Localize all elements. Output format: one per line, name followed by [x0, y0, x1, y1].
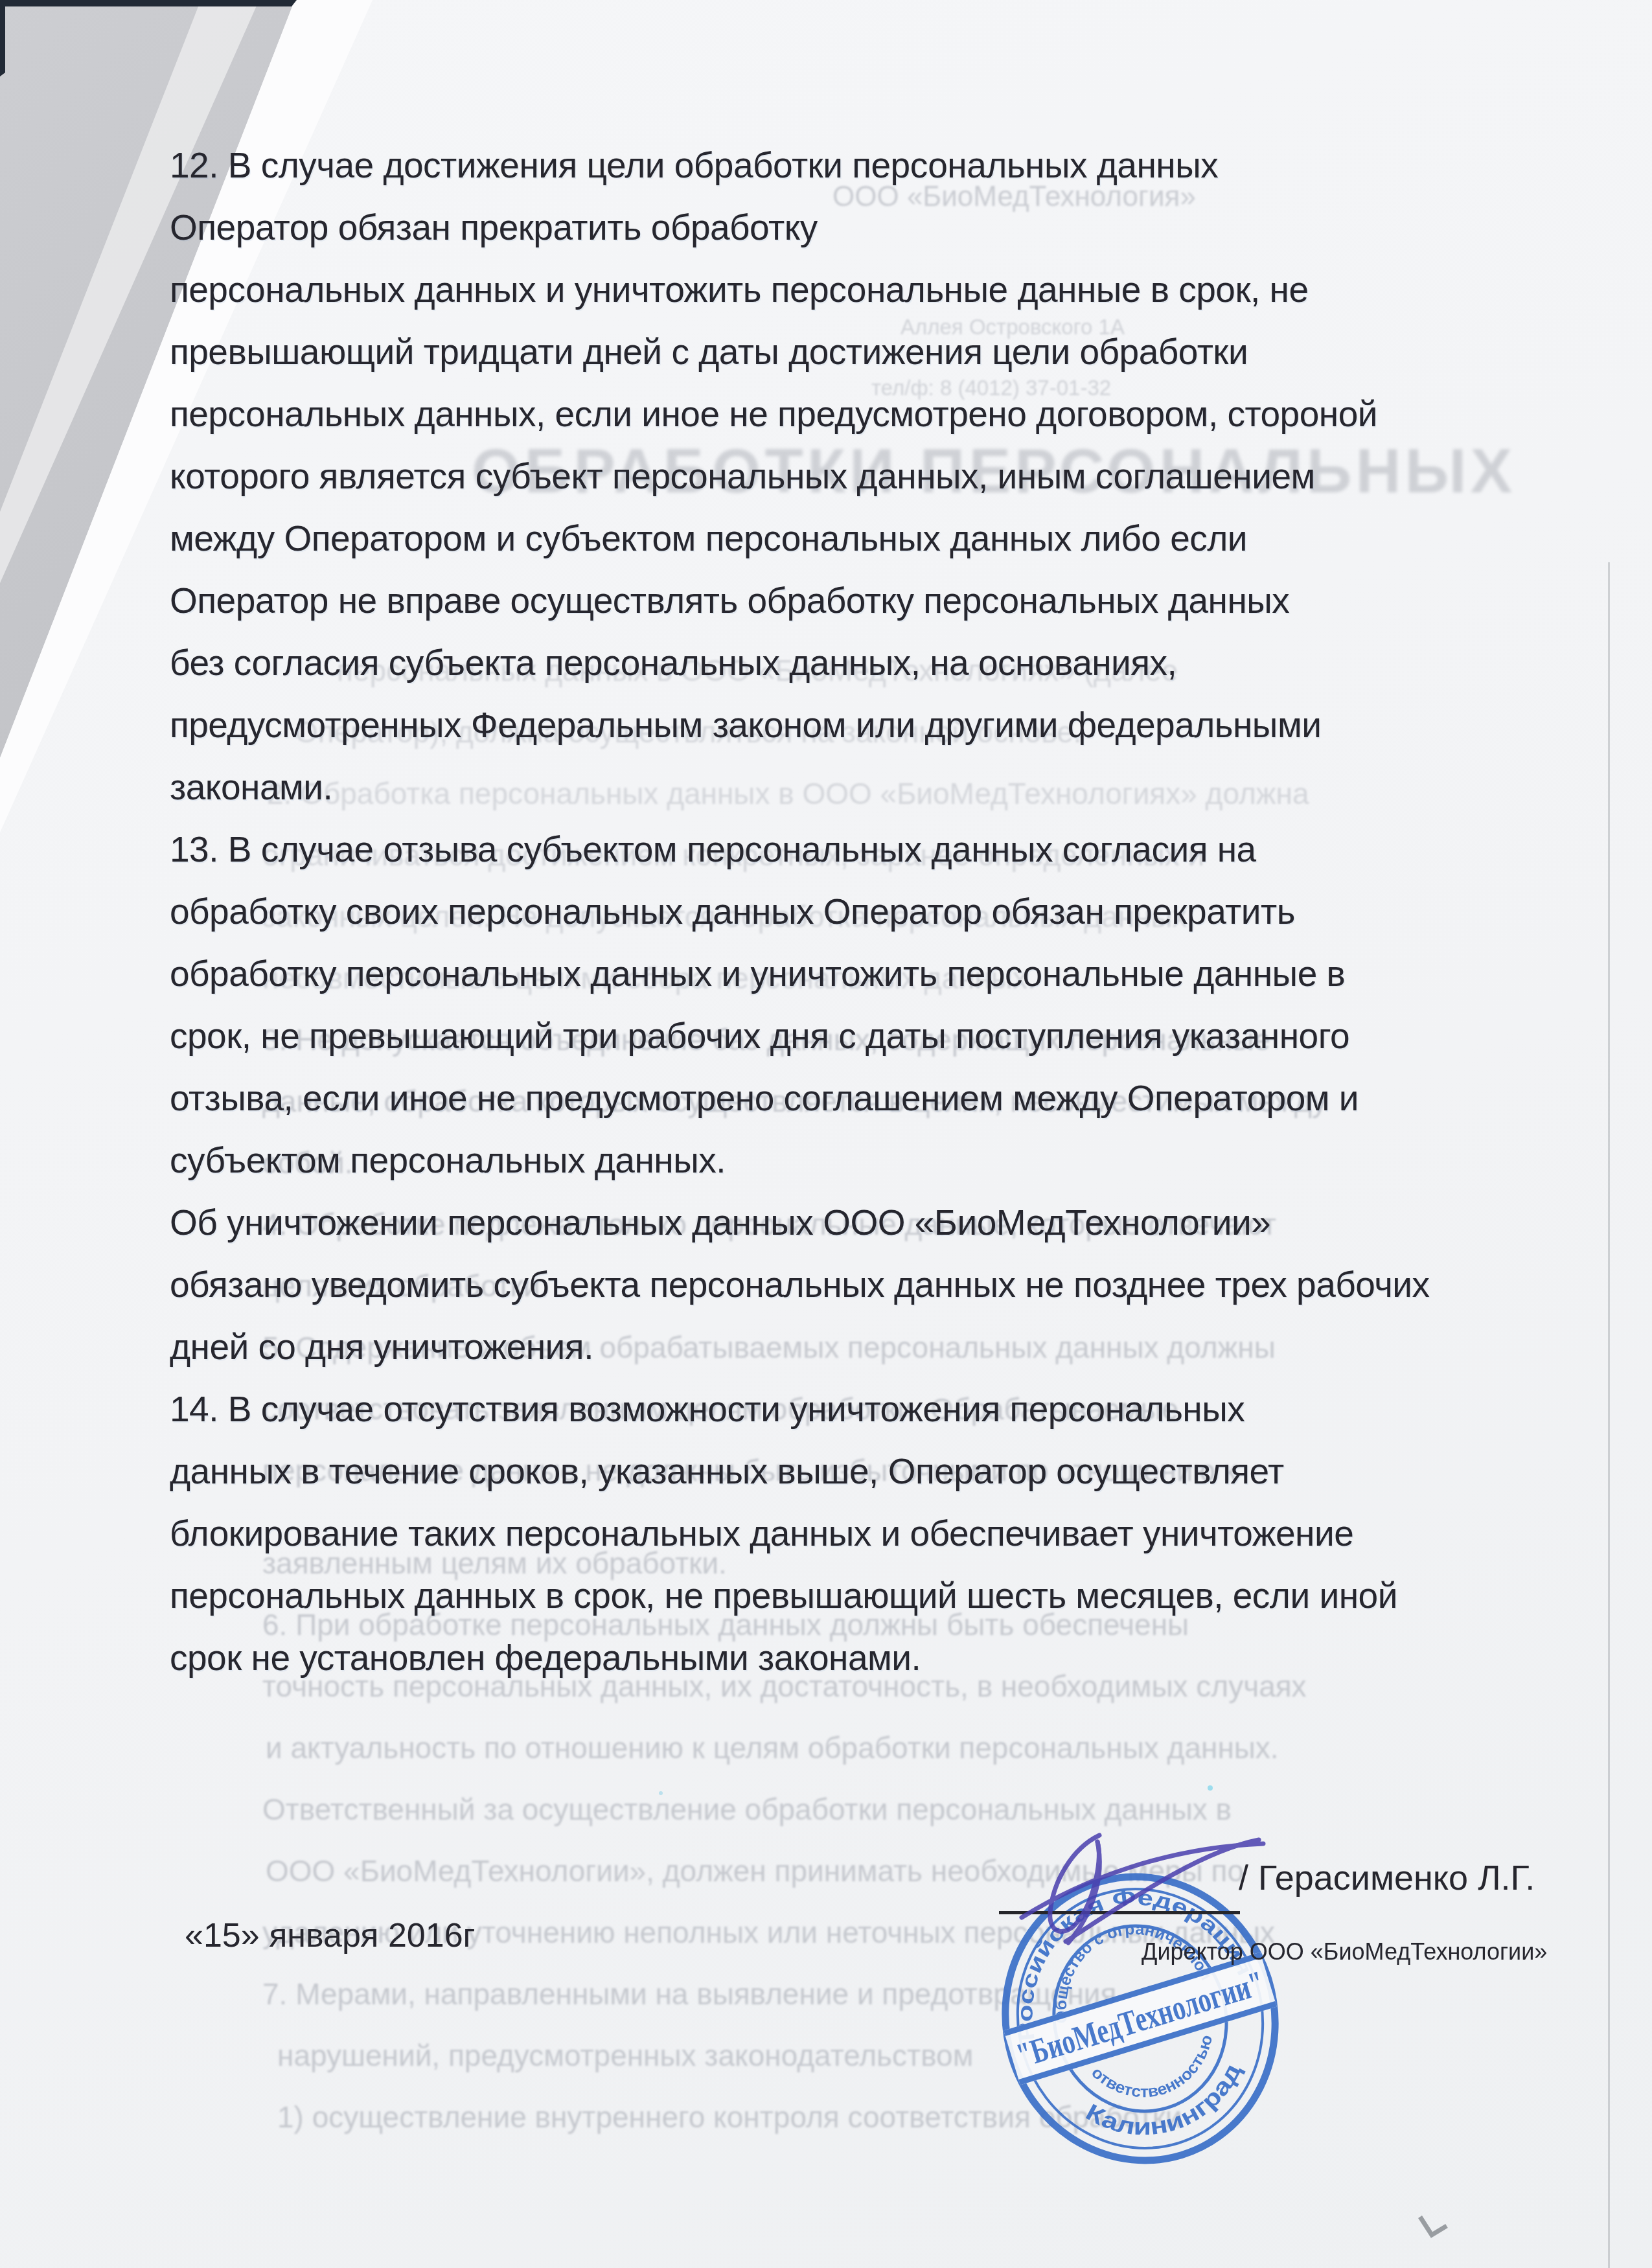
scan-scribble-mark: [1420, 2217, 1447, 2235]
scanned-page: { "doc": { "lines": [ "12. В случае дост…: [0, 0, 1652, 2268]
ink-overlay: [0, 0, 1652, 2268]
handwritten-signature: [1022, 1835, 1263, 1943]
ink-speck: [1208, 1785, 1213, 1791]
ink-speck: [659, 1791, 663, 1795]
